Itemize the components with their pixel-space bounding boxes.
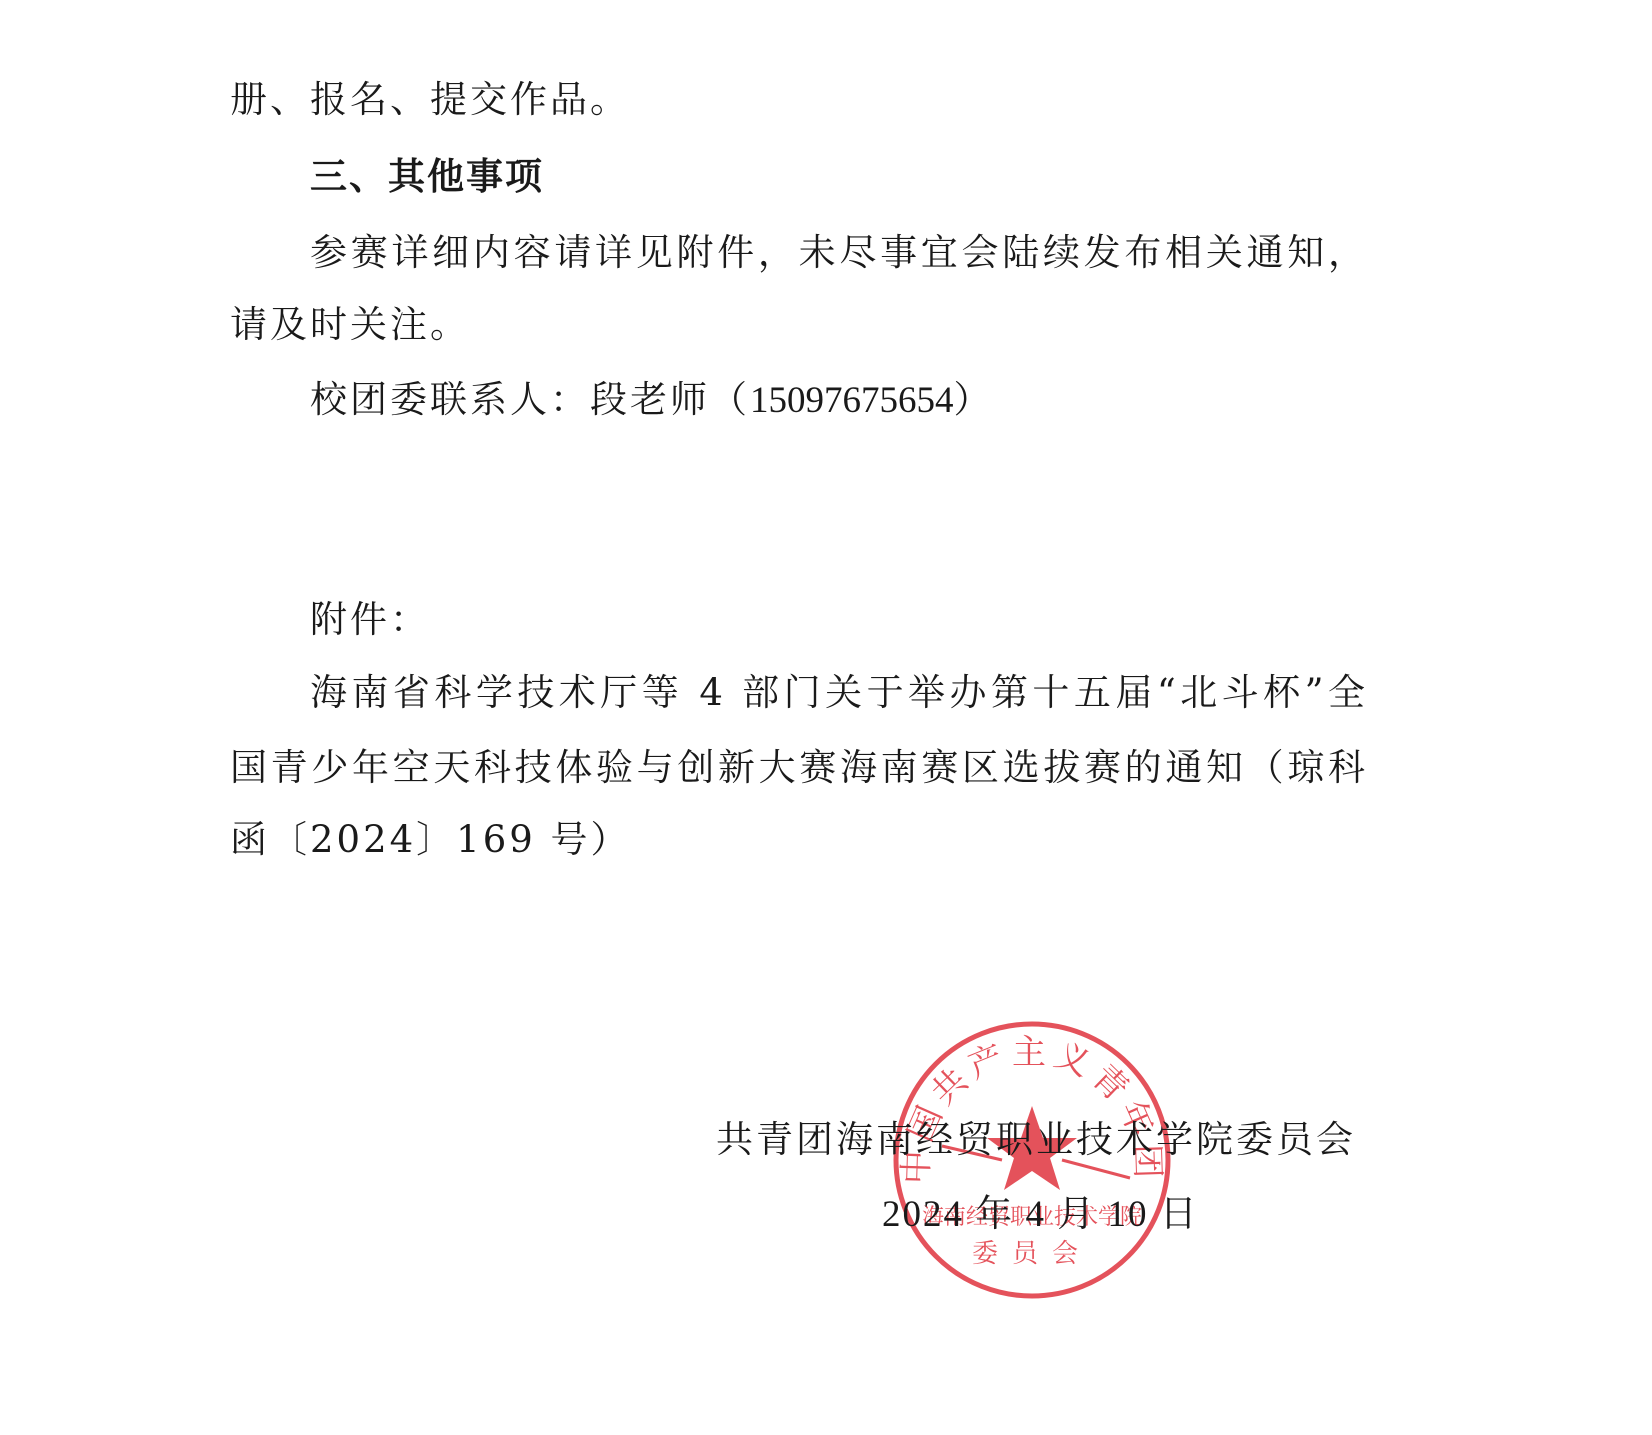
attachment-title-line-3: 函〔2024〕169 号）: [230, 818, 631, 862]
signature-date: 2024 年 4 月 10 日: [882, 1193, 1199, 1237]
attachment-title-line-2: 国青少年空天科技体验与创新大赛海南赛区选拔赛的通知（琼科: [230, 746, 1368, 790]
attachment-title-line-1: 海南省科学技术厅等 4 部门关于举办第十五届“北斗杯”全: [310, 671, 1368, 715]
contact-label: 校团委联系人：段老师（: [310, 378, 750, 421]
section-heading: 三、其他事项: [310, 155, 544, 199]
contact-phone: 15097675654: [750, 380, 954, 421]
contact-line: 校团委联系人：段老师（15097675654）: [310, 378, 994, 423]
notice-paragraph-line-2: 请及时关注。: [230, 303, 470, 347]
notice-paragraph-line-1: 参赛详细内容请详见附件，未尽事宜会陆续发布相关通知，: [310, 231, 1368, 275]
attachment-label: 附件：: [310, 598, 430, 642]
paragraph-continuation: 册、报名、提交作品。: [230, 78, 630, 122]
contact-close: ）: [954, 378, 994, 421]
svg-text:委员会: 委员会: [972, 1239, 1092, 1269]
signature-organization: 共青团海南经贸职业技术学院委员会: [716, 1118, 1356, 1162]
